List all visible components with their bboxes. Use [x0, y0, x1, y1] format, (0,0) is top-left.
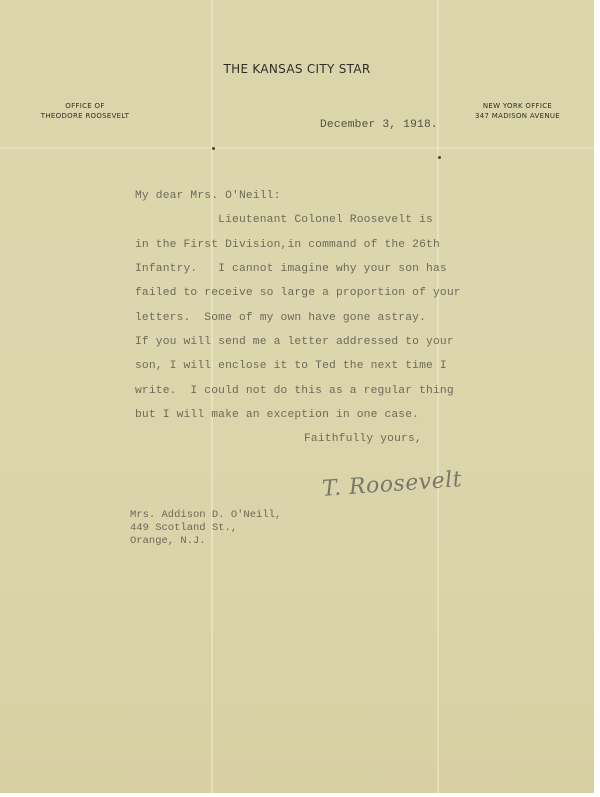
closing: Faithfully yours,: [304, 433, 422, 445]
body-line: write. I could not do this as a regular …: [135, 385, 454, 397]
letterhead-office-name: THEODORE ROOSEVELT: [30, 111, 140, 121]
body-line: failed to receive so large a proportion …: [135, 287, 461, 299]
body-line: but I will make an exception in one case…: [135, 409, 419, 421]
fold-dot-right: [438, 156, 441, 159]
body-line: If you will send me a letter addressed t…: [135, 336, 454, 348]
recipient-city: Orange, N.J.: [130, 535, 206, 548]
signature: T. Roosevelt: [321, 467, 463, 502]
letterhead-office-of: OFFICE OF: [30, 101, 140, 111]
letterhead-office-right: NEW YORK OFFICE 347 MADISON AVENUE: [455, 101, 580, 121]
body-line: Lieutenant Colonel Roosevelt is: [135, 214, 433, 226]
body-line: in the First Division,in command of the …: [135, 239, 440, 251]
letterhead-title: THE KANSAS CITY STAR: [0, 62, 594, 76]
letterhead-office-left: OFFICE OF THEODORE ROOSEVELT: [30, 101, 140, 121]
salutation: My dear Mrs. O'Neill:: [135, 190, 281, 202]
body-line: Infantry. I cannot imagine why your son …: [135, 263, 447, 275]
recipient-street: 449 Scotland St.,: [130, 522, 237, 535]
letterhead-address: 347 MADISON AVENUE: [455, 111, 580, 121]
letter-date: December 3, 1918.: [320, 119, 438, 131]
fold-dot-left: [212, 147, 215, 150]
letter-paper: THE KANSAS CITY STAR OFFICE OF THEODORE …: [0, 0, 594, 793]
letterhead-ny-office: NEW YORK OFFICE: [455, 101, 580, 111]
recipient-name: Mrs. Addison D. O'Neill,: [130, 509, 281, 522]
body-line: letters. Some of my own have gone astray…: [135, 312, 426, 324]
horizontal-fold-line: [0, 147, 594, 149]
body-line: son, I will enclose it to Ted the next t…: [135, 360, 447, 372]
